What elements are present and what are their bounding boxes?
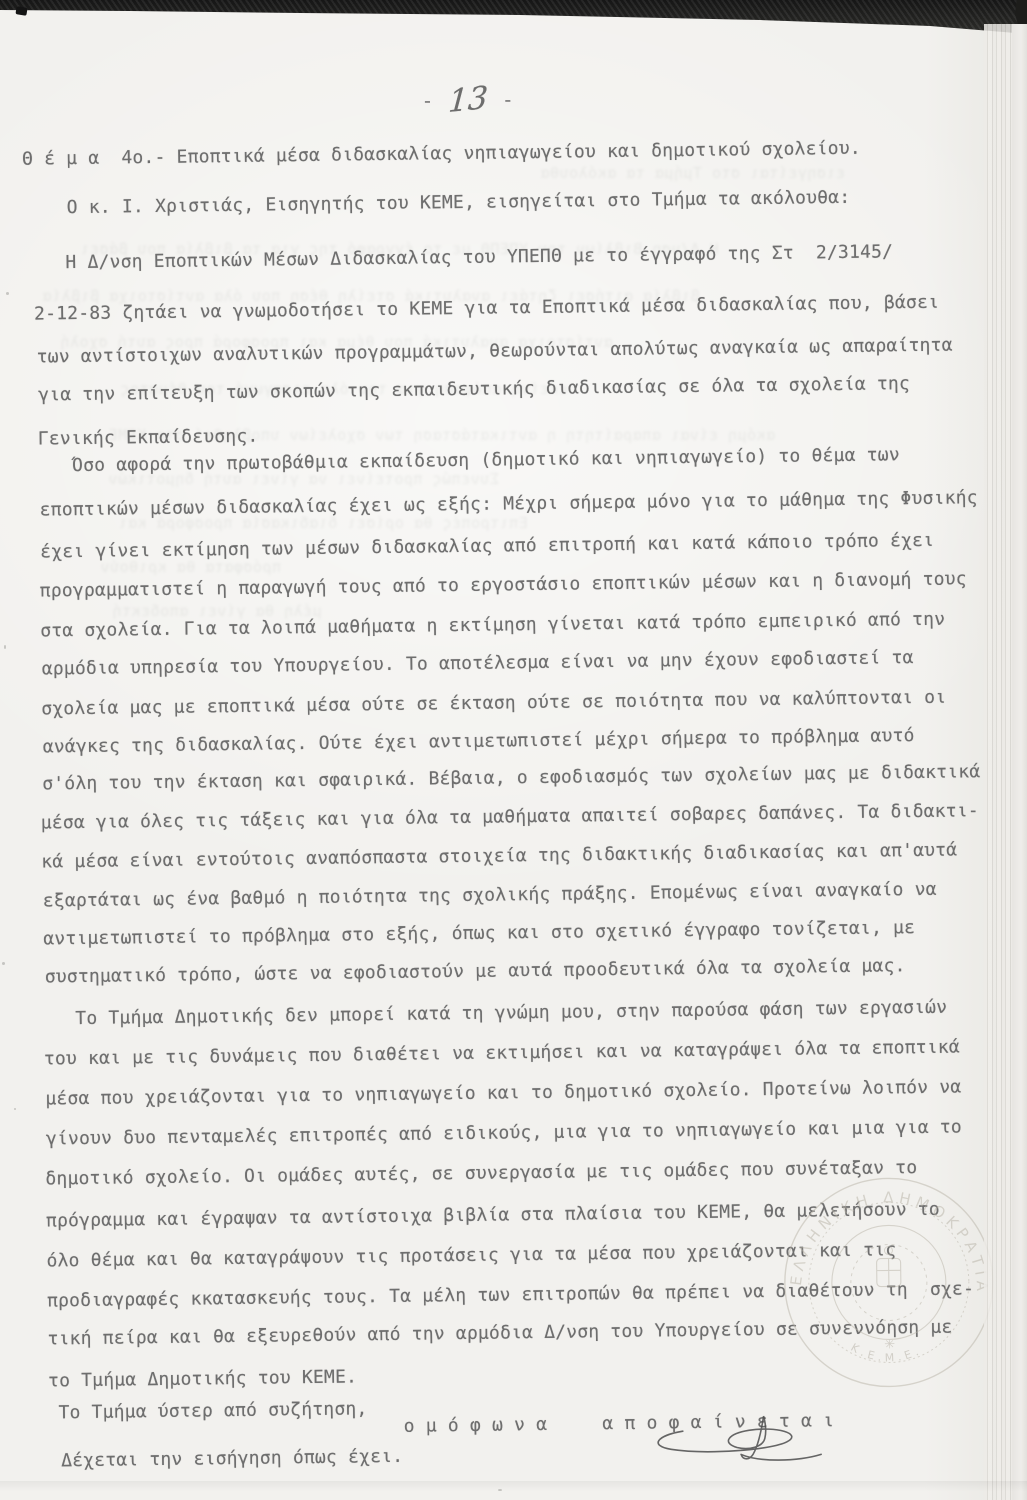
scan-speck [498, 1489, 502, 1491]
text-line: συστηματικό τρόπο, ώστε να εφοδιαστούν μ… [45, 954, 906, 989]
text-line: Η Δ/νση Εποπτικών Μέσων Διδασκαλίας του … [65, 240, 893, 275]
text-line: του και με τις δυνάμεις που διαθέτει να … [44, 1036, 960, 1072]
text-line: μέσα που χρειάζονται για το νηπιαγωγείο … [45, 1076, 961, 1112]
stamp-star-glyph: ✳ [884, 1337, 895, 1352]
text-line: σ'όλη του την έκταση και σφαιρικά. Βέβαι… [42, 760, 980, 796]
text-line: Το Τμήμα ύστερ από συζήτηση, [58, 1397, 367, 1425]
text-line: Γενικής Εκπαίδευσης. [38, 425, 259, 452]
text-line: αρμόδια υπηρεσία του Υπουργείου. Το αποτ… [42, 646, 914, 681]
text-line: ανάγκες της διδασκαλίας. Ούτε έχει αντιμ… [43, 724, 915, 759]
text-line: εποπτικών μέσων διδασκαλίας έχει ως εξής… [40, 486, 978, 522]
text-line: μέσα για όλες τις τάξεις και για όλα τα … [41, 799, 979, 835]
scan-speck [4, 645, 6, 649]
keme-stamp: ΕΛΛΗΝΙΚΗ ΔΗΜΟΚΡΑΤΙΑ Κ.Ε.Μ.Ε. ✳ [771, 1165, 1006, 1400]
text-line: αντιμετωπιστεί το πρόβλημα στο εξής, όπω… [43, 916, 915, 951]
page-bottom-shading [0, 1481, 1027, 1500]
scanned-page: εισηγείται στο Τμήμα τα ακόλουθαΗ Δ/νση … [0, 0, 1027, 1500]
text-line: σχολεία μας με εποπτικά μέσα ούτε σε έκτ… [41, 686, 946, 722]
text-line: κά μέσα είναι εντούτοις αναπόσπαστα στοι… [41, 839, 957, 875]
text-line: 2-12-83 ζητάει να γνωμοδοτήσει το ΚΕΜΕ γ… [34, 291, 939, 327]
handwritten-page-number: 13 [447, 80, 489, 120]
text-line: προγραμματιστεί η παραγωγή τους από το ε… [40, 567, 967, 603]
scan-speck [2, 962, 5, 965]
text-line: Δέχεται την εισήγηση όπως έχει. [61, 1445, 403, 1473]
page-number-dash-right: - [502, 87, 515, 111]
text-line: Το Τμήμα Δημοτικής δεν μπορεί κατά τη γν… [75, 996, 947, 1031]
signature-scribble [636, 1403, 847, 1478]
page-content: - 13 - Θ έ μ α 4ο.- Εποπτικά μέσα διδασκ… [0, 0, 1027, 1500]
text-line: το Τμήμα Δημοτικής του ΚΕΜΕ. [48, 1365, 357, 1393]
stamp-center-emblem [876, 1246, 901, 1286]
page-number-dash-left: - [421, 88, 434, 112]
page-number: - 13 - [421, 81, 515, 118]
text-line: όλο θέμα και θα καταγράψουν τις προτάσει… [46, 1238, 896, 1273]
text-line: των αντίστοιχων αναλυτικών προγραμμάτων,… [37, 334, 953, 370]
text-line: στα σχολεία. Για τα λοιπά μαθήματα η εκτ… [40, 608, 945, 644]
text-line: για την επίτευξη των σκοπών της εκπαιδευ… [38, 372, 910, 407]
text-line: γίνουν δυο πενταμελές επιτροπές από ειδι… [46, 1116, 962, 1152]
scan-speck [14, 1108, 16, 1110]
scanner-edge-nub [15, 6, 27, 16]
scan-speck [6, 292, 9, 295]
text-line: Ο κ. Ι. Χριστιάς, Εισηγητής του ΚΕΜΕ, ει… [67, 186, 851, 220]
text-line: εξαρτάται ως ένα βαθμό η ποιότητα της σχ… [43, 878, 937, 914]
topic-heading: Θ έ μ α 4ο.- Εποπτικά μέσα διδασκαλίας ν… [22, 137, 861, 172]
book-page-edges [984, 24, 1012, 1500]
text-line: έχει γίνει εκτίμηση των μέσων διδασκαλία… [40, 529, 934, 565]
book-page-edges-outer [1012, 24, 1027, 1500]
